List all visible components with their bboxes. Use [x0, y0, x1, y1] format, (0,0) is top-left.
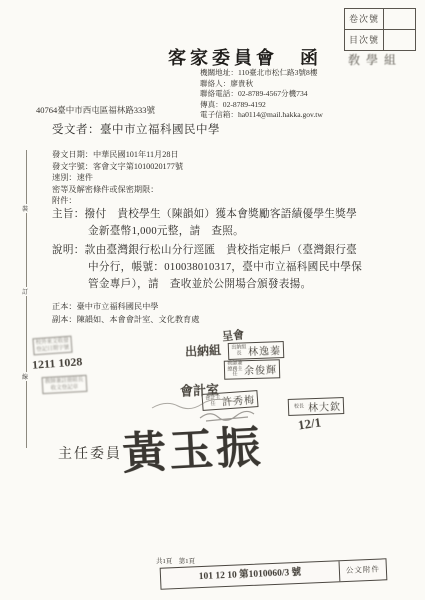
cashier-chief-name: 林逸蓁	[248, 342, 282, 358]
index-row-volume: 卷次號	[345, 9, 415, 30]
page-count: 共1頁 第1頁	[156, 556, 195, 565]
chairman-title: 主任委員	[58, 443, 122, 463]
principal-title: 校長	[291, 404, 307, 410]
document-title: 客家委員會 函	[168, 44, 322, 70]
general-affairs-director-name: 余俊輝	[244, 361, 277, 377]
speed-class: 速別：速件	[52, 172, 183, 184]
volume-number-value	[384, 9, 415, 29]
receive-date-number: 101 12 10 第1010060/3 號	[161, 561, 340, 588]
cashier-chief-title: 出納組長	[231, 345, 247, 357]
handwritten-principal-date: 12/1	[297, 414, 322, 433]
principal-name: 林大欽	[308, 398, 342, 414]
binding-line	[26, 150, 27, 448]
handwritten-cashier-section: 出納組	[185, 341, 222, 360]
principal-name-stamp: 校長 林大欽	[288, 397, 345, 416]
registrar-stamp: 敎師兼註冊組長 收文登記章	[42, 375, 87, 394]
file-index-box: 卷次號 目次號	[344, 8, 416, 51]
registrar-stamp-line2: 收文登記章	[45, 383, 84, 392]
subject-line1: 主旨：撥付 貴校學生（陳韻如）獲本會獎勵客語績優學生獎學	[52, 206, 357, 223]
agency-address: 機關地址：110臺北市松仁路3號8樓	[200, 68, 323, 79]
department-routing-stamp: 敎學組	[348, 51, 402, 68]
item-number-label: 目次號	[345, 30, 384, 50]
item-number-value	[384, 30, 415, 50]
explanation-line1: 說明：款由臺灣銀行松山分行逕匯 貴校指定帳戶（臺灣銀行臺	[52, 242, 357, 259]
binding-mark-ding: 訂	[22, 287, 28, 296]
general-affairs-director-name-stamp: 敎師兼總務主任 余俊輝	[224, 359, 280, 379]
explanation-line2: 中分行，帳號：010038010317，臺中市立福科國民中學保	[88, 259, 362, 276]
handwritten-receive-numbers: 1211 1028	[32, 354, 83, 372]
explanation-line3: 管金專戶），請 查收並於公開場合頒發表揚。	[88, 276, 311, 293]
school-receive-stamp: 校外來文收發 登記日期字號	[32, 336, 72, 356]
subject-line2: 金新臺幣1,000元整，請 查照。	[88, 223, 244, 240]
volume-number-label: 卷次號	[345, 9, 384, 29]
handwritten-routing-note: 呈會	[221, 326, 245, 344]
handwritten-scribble-signature	[150, 398, 240, 412]
document-meta: 發文日期：中華民國101年11月28日 發文字號：客會文字第1010020177…	[52, 149, 183, 207]
cashier-chief-name-stamp: 出納組長 林逸蓁	[228, 341, 285, 360]
copies-block: 正本：臺中市立福科國民中學 副本：陳韻如、本會會計室、文化教育處	[52, 301, 199, 326]
binding-mark-xian: 線	[22, 372, 28, 381]
contact-email: 電子信箱：ha0114@mail.hakka.gov.tw	[200, 110, 323, 121]
general-affairs-director-title: 敎師兼總務主任	[227, 361, 243, 378]
original-copy-line: 正本：臺中市立福科國民中學	[52, 301, 199, 314]
cc-copy-line: 副本：陳韻如、本會會計室、文化教育處	[52, 314, 199, 327]
recipient-line: 受文者：臺中市立福科國民中學	[52, 121, 220, 137]
chairman-signature: 黃玉振	[120, 410, 264, 481]
scanned-official-letter: 卷次號 目次號 客家委員會 函 敎學組 機關地址：110臺北市松仁路3號8樓 聯…	[0, 0, 425, 600]
recipient-zip-address: 40764臺中市西屯區福林路333號	[36, 104, 155, 116]
contact-block: 機關地址：110臺北市松仁路3號8樓 聯絡人：廖貴秋 聯絡電話：02-8789-…	[200, 68, 323, 121]
security-class: 密等及解密條件或保密期限：	[52, 184, 183, 196]
issue-date: 發文日期：中華民國101年11月28日	[52, 149, 183, 161]
contact-person: 聯絡人：廖貴秋	[200, 79, 323, 90]
index-row-item: 目次號	[345, 30, 415, 50]
issue-number: 發文字號：客會文字第1010020177號	[52, 161, 183, 173]
contact-phone: 聯絡電話：02-8789-4567分機734	[200, 89, 323, 100]
attachment-label: 公文附件	[339, 559, 387, 581]
binding-mark-zhuang: 裝	[22, 204, 28, 213]
contact-fax: 傳真：02-8789-4192	[200, 100, 323, 111]
